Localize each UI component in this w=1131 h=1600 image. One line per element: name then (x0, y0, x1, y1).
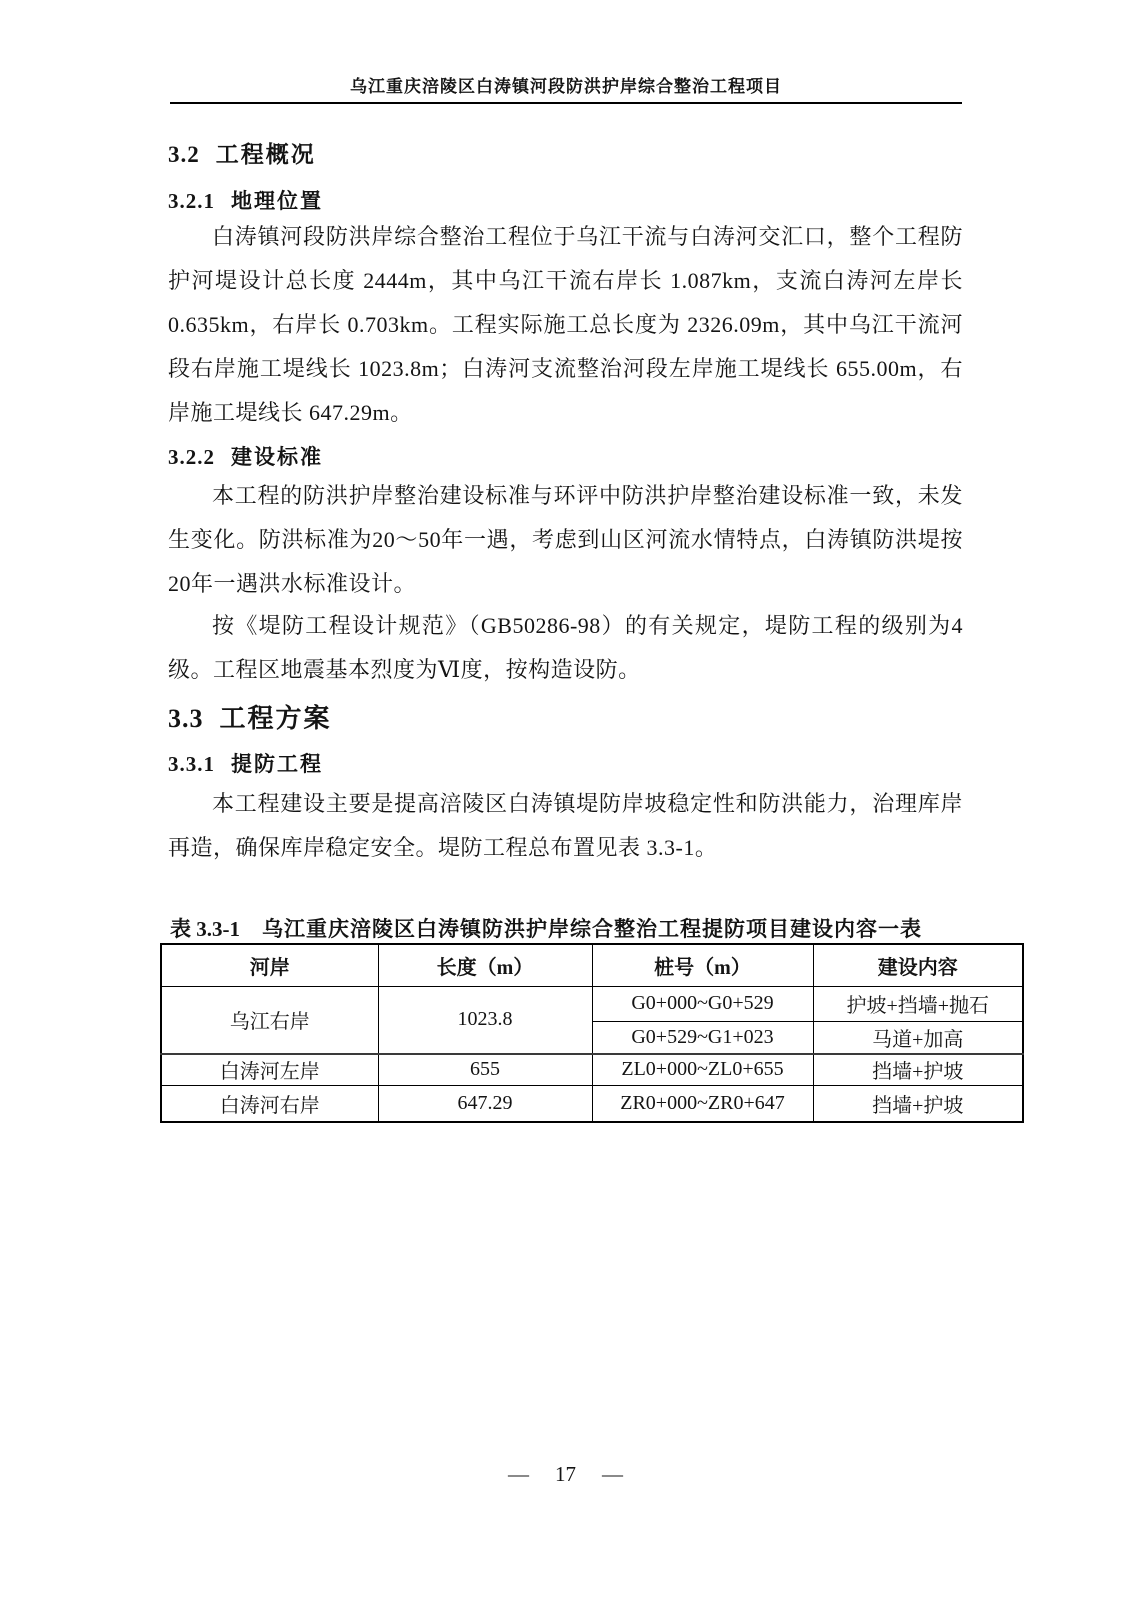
section-number: 3.2 (168, 142, 200, 168)
table-caption-title: 乌江重庆涪陵区白涛镇防洪护岸综合整治工程提防项目建设内容一表 (262, 917, 922, 941)
section-title: 工程方案 (220, 704, 332, 733)
section-title: 提防工程 (231, 752, 323, 776)
section-number: 3.2.2 (168, 445, 215, 470)
footer-left-dash: — (508, 1462, 529, 1487)
column-header-stake: 桩号（m） (592, 944, 813, 986)
paragraph-geographic-location: 白涛镇河段防洪岸综合整治工程位于乌江干流与白涛河交汇口，整个工程防护河堤设计总长… (168, 215, 963, 435)
cell-bank: 白涛河右岸 (161, 1085, 378, 1122)
cell-content: 马道+加高 (813, 1021, 1023, 1054)
section-heading-3-2-2: 3.2.2建设标准 (168, 441, 323, 471)
table-header-row: 河岸 长度（m） 桩号（m） 建设内容 (161, 944, 1023, 986)
cell-stake: G0+529~G1+023 (592, 1021, 813, 1054)
paragraph-construction-standard-2: 按《堤防工程设计规范》（GB50286-98）的有关规定，堤防工程的级别为4级。… (168, 604, 963, 692)
cell-stake: ZR0+000~ZR0+647 (592, 1085, 813, 1122)
section-heading-3-2: 3.2工程概况 (168, 136, 316, 169)
column-header-content: 建设内容 (813, 944, 1023, 986)
cell-content: 挡墙+护坡 (813, 1085, 1023, 1122)
cell-stake: ZL0+000~ZL0+655 (592, 1054, 813, 1085)
section-number: 3.3.1 (168, 752, 215, 777)
column-header-length: 长度（m） (378, 944, 592, 986)
cell-content: 挡墙+护坡 (813, 1054, 1023, 1085)
table-row: 乌江右岸 1023.8 G0+000~G0+529 护坡+挡墙+抛石 (161, 986, 1023, 1021)
table-row: 白涛河右岸 647.29 ZR0+000~ZR0+647 挡墙+护坡 (161, 1085, 1023, 1122)
section-heading-3-3-1: 3.3.1提防工程 (168, 748, 323, 778)
table-caption-label: 表 3.3-1 (170, 913, 240, 943)
section-title: 工程概况 (216, 142, 316, 167)
paragraph-construction-standard-1: 本工程的防洪护岸整治建设标准与环评中防洪护岸整治建设标准一致，未发生变化。防洪标… (168, 474, 963, 606)
cell-length: 655 (378, 1054, 592, 1085)
page-number: 17 (555, 1462, 576, 1487)
document-page: 乌江重庆涪陵区白涛镇河段防洪护岸综合整治工程项目 3.2工程概况 3.2.1地理… (0, 0, 1131, 1600)
footer-right-dash: — (602, 1462, 623, 1487)
section-number: 3.3 (168, 704, 204, 734)
cell-length: 1023.8 (378, 986, 592, 1054)
section-title: 建设标准 (231, 445, 323, 469)
running-header-title: 乌江重庆涪陵区白涛镇河段防洪护岸综合整治工程项目 (170, 76, 962, 98)
running-header: 乌江重庆涪陵区白涛镇河段防洪护岸综合整治工程项目 (170, 76, 962, 104)
section-number: 3.2.1 (168, 189, 215, 214)
section-heading-3-3: 3.3工程方案 (168, 698, 332, 735)
cell-stake: G0+000~G0+529 (592, 986, 813, 1021)
column-header-bank: 河岸 (161, 944, 378, 986)
cell-bank: 乌江右岸 (161, 986, 378, 1054)
cell-length: 647.29 (378, 1085, 592, 1122)
paragraph-dike-project: 本工程建设主要是提高涪陵区白涛镇堤防岸坡稳定性和防洪能力，治理库岸再造，确保库岸… (168, 782, 963, 870)
table-row: 白涛河左岸 655 ZL0+000~ZL0+655 挡墙+护坡 (161, 1054, 1023, 1085)
cell-content: 护坡+挡墙+抛石 (813, 986, 1023, 1021)
table-caption: 表 3.3-1乌江重庆涪陵区白涛镇防洪护岸综合整治工程提防项目建设内容一表 (170, 913, 1022, 943)
section-heading-3-2-1: 3.2.1地理位置 (168, 185, 323, 215)
project-construction-table: 河岸 长度（m） 桩号（m） 建设内容 乌江右岸 1023.8 G0+000~G… (160, 943, 1024, 1123)
page-footer: — 17 — (0, 1462, 1131, 1487)
section-title: 地理位置 (231, 189, 323, 213)
cell-bank: 白涛河左岸 (161, 1054, 378, 1085)
